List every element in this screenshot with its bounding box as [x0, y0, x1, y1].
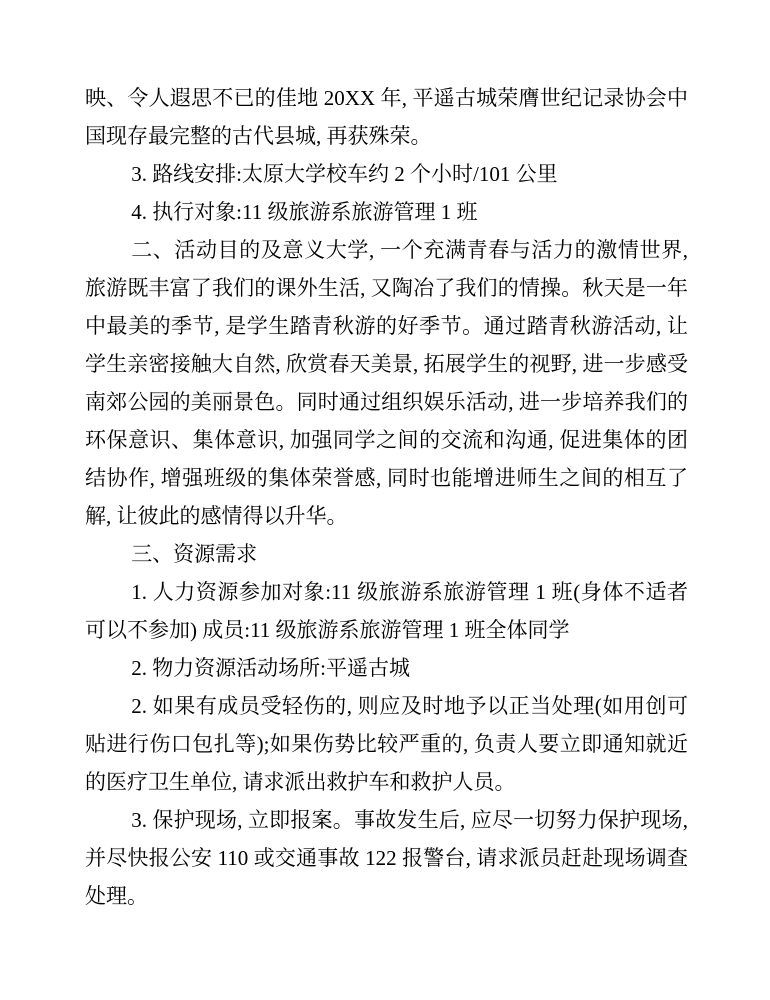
paragraph-execution-target: 4. 执行对象:11 级旅游系旅游管理 1 班 [85, 193, 688, 231]
paragraph-section-resources-heading: 三、资源需求 [85, 535, 688, 573]
paragraph-protect-scene: 3. 保护现场, 立即报案。事故发生后, 应尽一切努力保护现场, 并尽快报公安 … [85, 801, 688, 915]
paragraph-material-resources: 2. 物力资源活动场所:平遥古城 [85, 649, 688, 687]
paragraph-human-resources: 1. 人力资源参加对象:11 级旅游系旅游管理 1 班(身体不适者可以不参加) … [85, 573, 688, 649]
paragraph-route-arrangement: 3. 路线安排:太原大学校车约 2 个小时/101 公里 [85, 155, 688, 193]
paragraph-continuation: 映、令人遐思不已的佳地 20XX 年, 平遥古城荣膺世纪记录协会中国现存最完整的… [85, 79, 688, 155]
document-page: 映、令人遐思不已的佳地 20XX 年, 平遥古城荣膺世纪记录协会中国现存最完整的… [0, 0, 770, 1000]
paragraph-activity-purpose: 二、活动目的及意义大学, 一个充满青春与活力的激情世界, 旅游既丰富了我们的课外… [85, 231, 688, 535]
document-body: 映、令人遐思不已的佳地 20XX 年, 平遥古城荣膺世纪记录协会中国现存最完整的… [85, 79, 688, 915]
paragraph-minor-injury-handling: 2. 如果有成员受轻伤的, 则应及时地予以正当处理(如用创可贴进行伤口包扎等);… [85, 687, 688, 801]
